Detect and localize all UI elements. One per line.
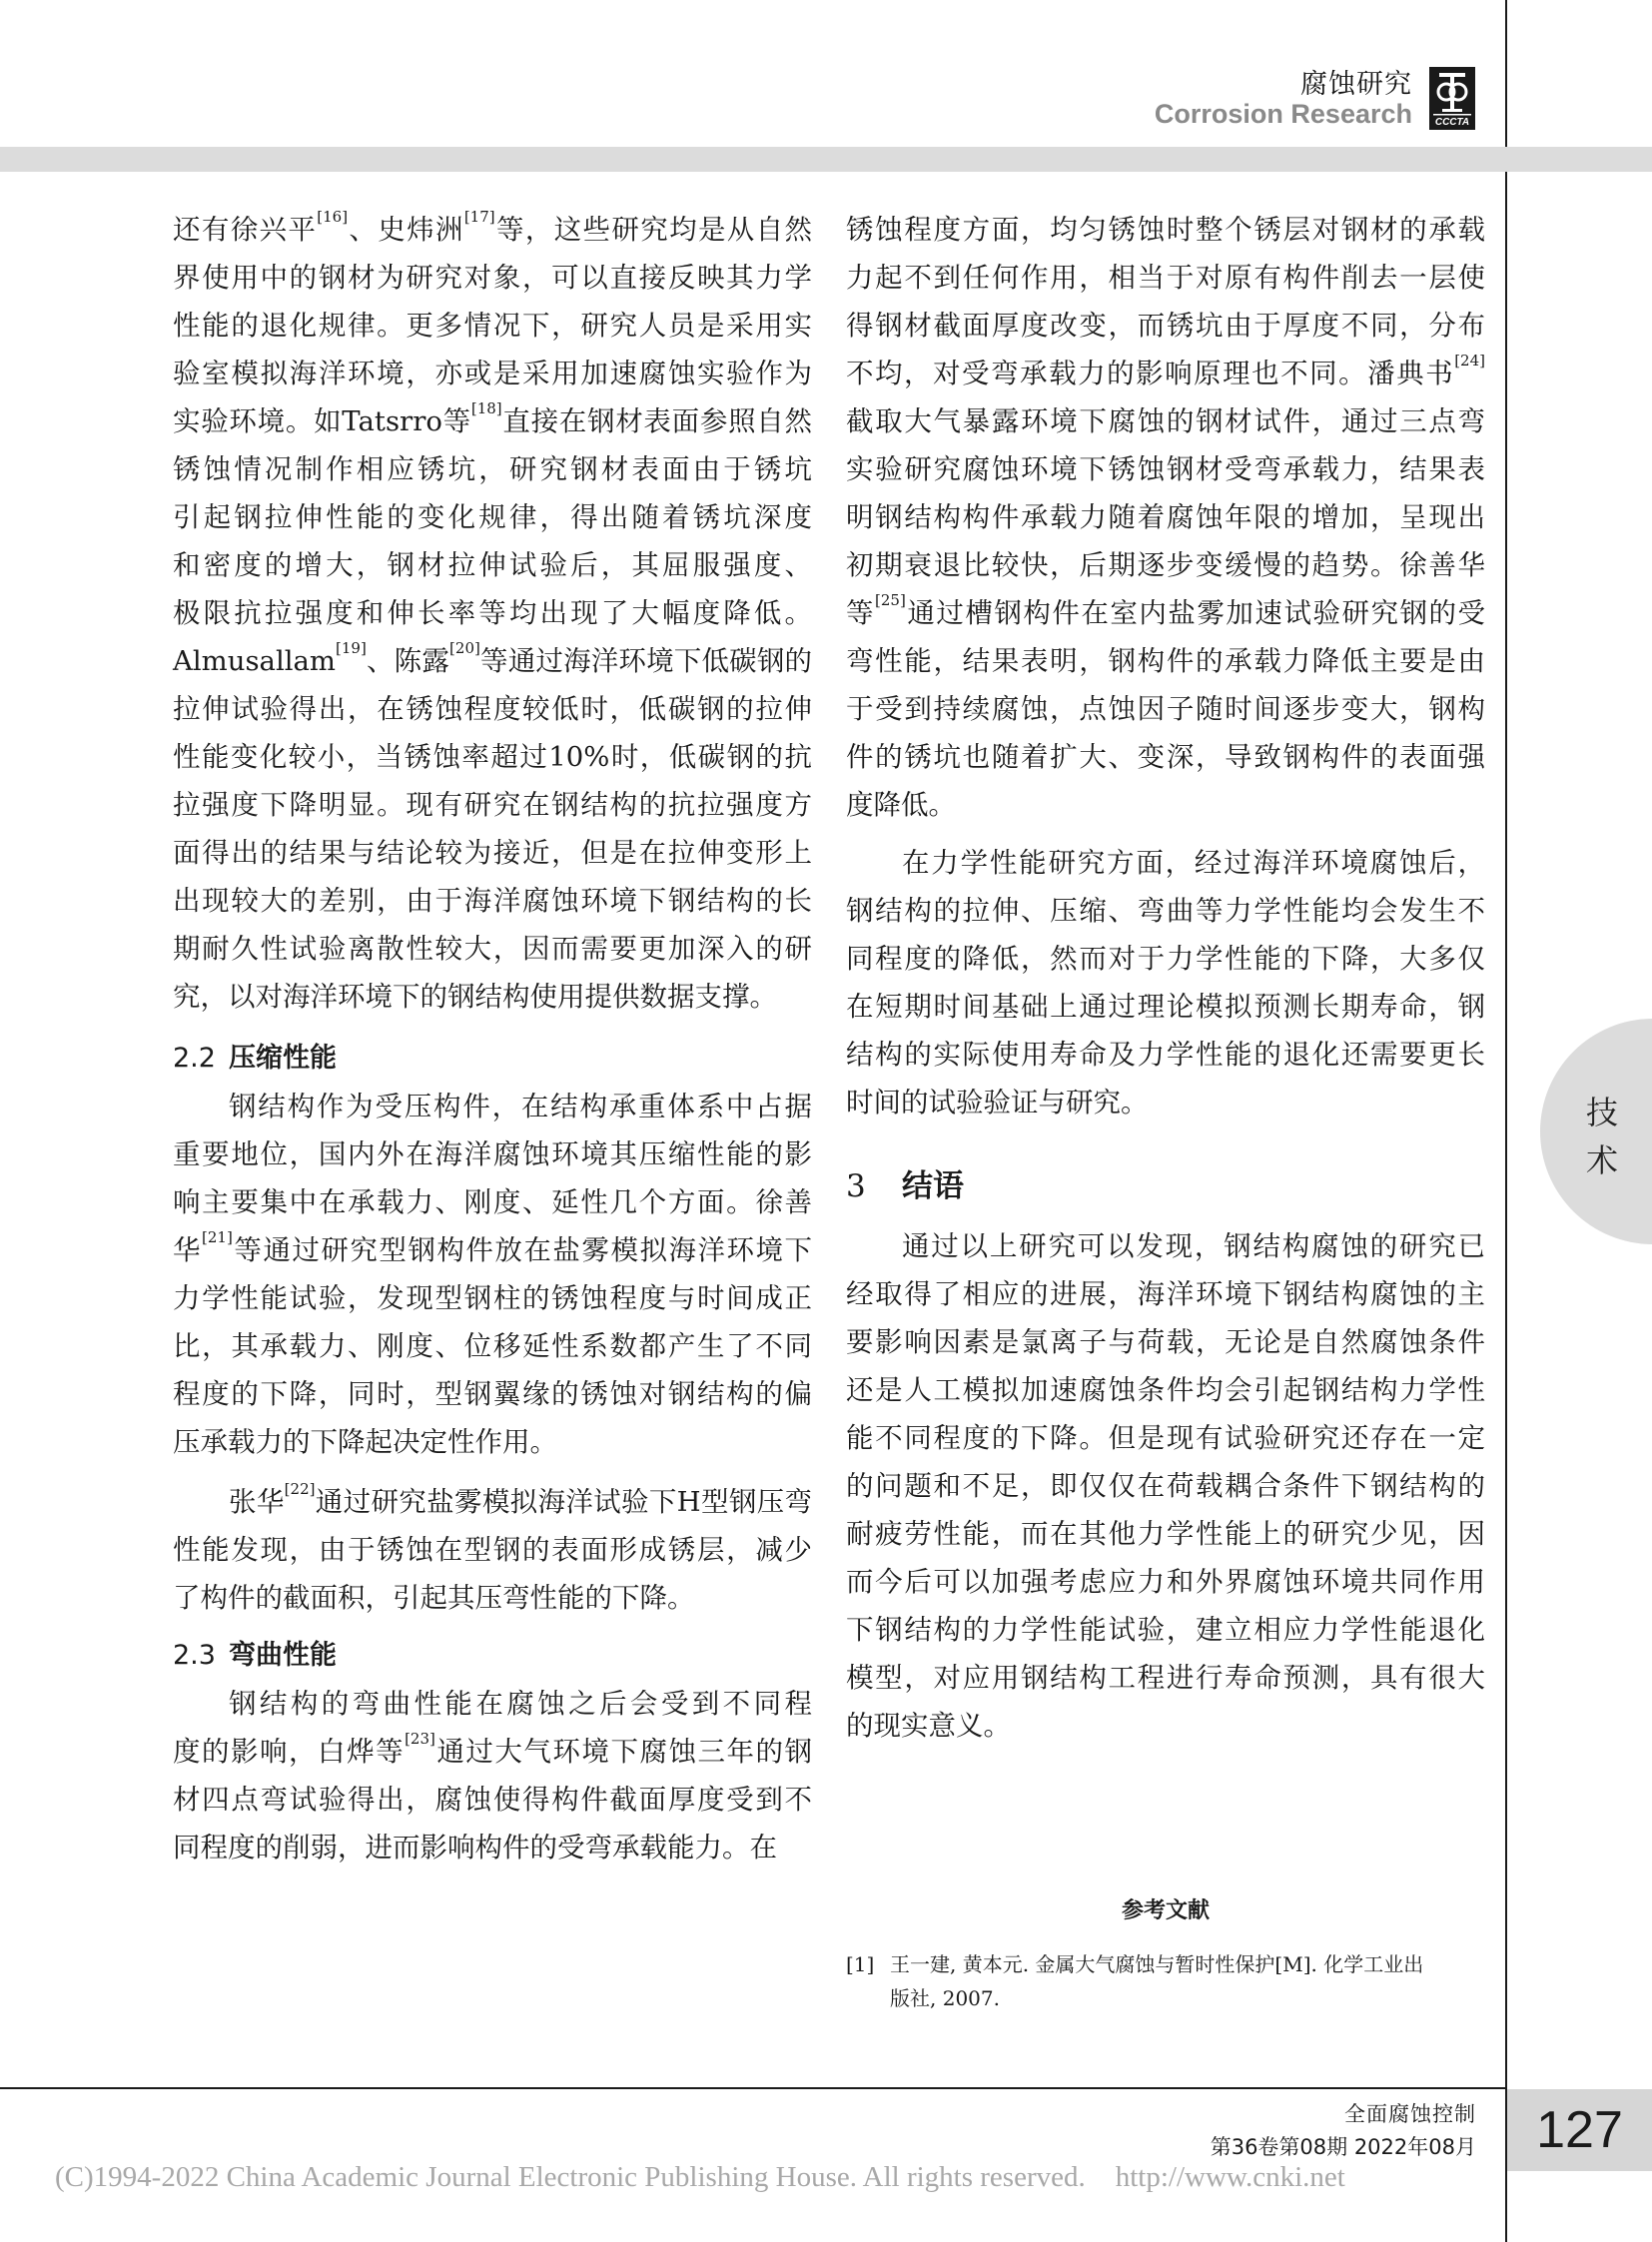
text-run: 、陈露 <box>367 645 449 677</box>
journal-issue: 第36卷第08期 2022年08月 <box>1211 2131 1476 2161</box>
text-line: 通过以上研究可以发现，钢结构腐蚀的研究已 <box>846 1222 1485 1270</box>
text-run: 张华 <box>229 1486 285 1518</box>
heading-3: 3结语 <box>846 1162 1485 1210</box>
text-run: 面得出的结果与结论较为接近，但是在拉伸变形上 <box>173 837 812 869</box>
text-line: 的问题和不足，即仅仅在荷载耦合条件下钢结构的 <box>846 1462 1485 1510</box>
text-line: Almusallam[19]、陈露[20]等通过海洋环境下低碳钢的 <box>173 637 812 685</box>
text-line: 不均，对受弯承载力的影响原理也不同。潘典书[24] <box>846 350 1485 397</box>
text-line: 材四点弯试验得出，腐蚀使得构件截面厚度受到不 <box>173 1776 812 1824</box>
text-line: 压承载力的下降起决定性作用。 <box>173 1418 812 1466</box>
text-line: 钢结构的弯曲性能在腐蚀之后会受到不同程 <box>173 1680 812 1728</box>
heading-2-3: 2.3弯曲性能 <box>173 1632 812 1680</box>
heading-number: 2.2 <box>173 1035 229 1083</box>
text-line: 而今后可以加强考虑应力和外界腐蚀环境共同作用 <box>846 1558 1485 1606</box>
section-title-en: Corrosion Research <box>1155 99 1412 130</box>
tab-char: 技 <box>1582 1089 1622 1136</box>
paragraph: 在力学性能研究方面，经过海洋环境腐蚀后，钢结构的拉伸、压缩、弯曲等力学性能均会发… <box>846 839 1485 1126</box>
text-line: 面得出的结果与结论较为接近，但是在拉伸变形上 <box>173 829 812 877</box>
text-run: 耐疲劳性能，而在其他力学性能上的研究少见，因 <box>846 1518 1485 1550</box>
reference-item: [1]王一建, 黄本元. 金属大气腐蚀与暂时性保护[M]. 化学工业出 <box>846 1947 1485 1981</box>
text-run: 材四点弯试验得出，腐蚀使得构件截面厚度受到不 <box>173 1784 812 1816</box>
text-line: 和密度的增大，钢材拉伸试验后，其屈服强度、 <box>173 541 812 589</box>
paragraph: 锈蚀程度方面，均匀锈蚀时整个锈层对钢材的承载力起不到任何作用，相当于对原有构件削… <box>846 206 1485 829</box>
text-line: 引起钢拉伸性能的变化规律，得出随着锈坑深度 <box>173 493 812 541</box>
text-run: 期耐久性试验离散性较大，因而需要更加深入的研 <box>173 933 812 965</box>
text-line: 响主要集中在承载力、刚度、延性几个方面。徐善 <box>173 1178 812 1226</box>
heading-title: 压缩性能 <box>229 1043 337 1074</box>
text-run: 力学性能试验，发现型钢柱的锈蚀程度与时间成正 <box>173 1282 812 1314</box>
text-run: 等 <box>846 597 875 629</box>
text-run: 弯性能，结果表明，钢构件的承载力降低主要是由 <box>846 645 1485 677</box>
citation: [18] <box>471 399 502 417</box>
text-line: 极限抗拉强度和伸长率等均出现了大幅度降低。 <box>173 589 812 637</box>
cccta-logo-icon: CCCTA <box>1429 67 1475 130</box>
text-run: Almusallam <box>173 645 336 677</box>
text-run: 要影响因素是氯离子与荷载，无论是自然腐蚀条件 <box>846 1326 1485 1358</box>
text-run: 极限抗拉强度和伸长率等均出现了大幅度降低。 <box>173 597 812 629</box>
heading-number: 2.3 <box>173 1632 229 1680</box>
text-line: 结构的实际使用寿命及力学性能的退化还需要更长 <box>846 1031 1485 1079</box>
text-line: 重要地位，国内外在海洋腐蚀环境其压缩性能的影 <box>173 1130 812 1178</box>
text-line: 同程度的削弱，进而影响构件的受弯承载能力。在 <box>173 1824 812 1871</box>
header-band <box>0 147 1652 172</box>
text-run: 和密度的增大，钢材拉伸试验后，其屈服强度、 <box>173 549 812 581</box>
text-run: 的现实意义。 <box>846 1710 1011 1742</box>
text-run: 性能发现，由于锈蚀在型钢的表面形成锈层，减少 <box>173 1534 812 1566</box>
text-run: 性能变化较小，当锈蚀率超过10%时，低碳钢的抗 <box>173 741 812 773</box>
text-line: 要影响因素是氯离子与荷载，无论是自然腐蚀条件 <box>846 1318 1485 1366</box>
text-run: 实验环境。如Tatsrro等 <box>173 405 471 437</box>
text-line: 钢结构作为受压构件，在结构承重体系中占据 <box>173 1083 812 1130</box>
text-line: 程度的下降，同时，型钢翼缘的锈蚀对钢结构的偏 <box>173 1370 812 1418</box>
text-line: 的现实意义。 <box>846 1702 1485 1750</box>
text-line: 力学性能试验，发现型钢柱的锈蚀程度与时间成正 <box>173 1274 812 1322</box>
text-line: 拉强度下降明显。现有研究在钢结构的抗拉强度方 <box>173 781 812 829</box>
text-line: 究，以对海洋环境下的钢结构使用提供数据支撑。 <box>173 973 812 1021</box>
text-run: 于受到持续腐蚀，点蚀因子随时间逐步变大，钢构 <box>846 693 1485 725</box>
text-run: 究，以对海洋环境下的钢结构使用提供数据支撑。 <box>173 981 777 1013</box>
text-line: 实验研究腐蚀环境下锈蚀钢材受弯承载力，结果表 <box>846 445 1485 493</box>
text-run: 华 <box>173 1234 202 1266</box>
text-line: 出现较大的差别，由于海洋腐蚀环境下钢结构的长 <box>173 877 812 925</box>
logo-text: CCCTA <box>1429 117 1475 128</box>
text-run: 力起不到任何作用，相当于对原有构件削去一层使 <box>846 262 1485 294</box>
text-line: 期耐久性试验离散性较大，因而需要更加深入的研 <box>173 925 812 973</box>
text-run: 件的锈坑也随着扩大、变深，导致钢构件的表面强 <box>846 741 1485 773</box>
text-run: 通过槽钢构件在室内盐雾加速试验研究钢的受 <box>906 597 1485 629</box>
text-run: 实验研究腐蚀环境下锈蚀钢材受弯承载力，结果表 <box>846 453 1485 485</box>
text-run: 在短期时间基础上通过理论模拟预测长期寿命，钢 <box>846 991 1485 1023</box>
text-run: 拉伸试验得出，在锈蚀程度较低时，低碳钢的拉伸 <box>173 693 812 725</box>
citation: [25] <box>875 591 906 609</box>
text-run: 模型，对应用钢结构工程进行寿命预测，具有很大 <box>846 1662 1485 1694</box>
text-line: 能不同程度的下降。但是现有试验研究还存在一定 <box>846 1414 1485 1462</box>
references-title: 参考文献 <box>846 1893 1485 1924</box>
journal-name: 全面腐蚀控制 <box>1344 2098 1476 2128</box>
citation: [22] <box>285 1480 316 1498</box>
text-run: 直接在钢材表面参照自然 <box>502 405 812 437</box>
text-line: 拉伸试验得出，在锈蚀程度较低时，低碳钢的拉伸 <box>173 685 812 733</box>
heading-2-2: 2.2压缩性能 <box>173 1035 812 1083</box>
paragraph: 通过以上研究可以发现，钢结构腐蚀的研究已经取得了相应的进展，海洋环境下钢结构腐蚀… <box>846 1222 1485 1750</box>
text-run: 通过大气环境下腐蚀三年的钢 <box>435 1736 812 1768</box>
text-run: 明钢结构构件承载力随着腐蚀年限的增加，呈现出 <box>846 501 1485 533</box>
text-run: 经取得了相应的进展，海洋环境下钢结构腐蚀的主 <box>846 1278 1485 1310</box>
text-run: 还有徐兴平 <box>173 214 317 246</box>
text-line: 张华[22]通过研究盐雾模拟海洋试验下H型钢压弯 <box>173 1478 812 1526</box>
text-run: 引起钢拉伸性能的变化规律，得出随着锈坑深度 <box>173 501 812 533</box>
tab-char: 术 <box>1582 1136 1622 1184</box>
text-run: 而今后可以加强考虑应力和外界腐蚀环境共同作用 <box>846 1566 1485 1598</box>
text-run: 压承载力的下降起决定性作用。 <box>173 1426 557 1458</box>
text-line: 件的锈坑也随着扩大、变深，导致钢构件的表面强 <box>846 733 1485 781</box>
citation: [23] <box>405 1730 435 1748</box>
citation: [20] <box>449 639 480 657</box>
cnki-url: http://www.cnki.net <box>1116 2161 1345 2193</box>
text-run: 等，这些研究均是从自然 <box>495 214 812 246</box>
citation: [24] <box>1454 352 1485 370</box>
text-line: 了构件的截面积，引起其压弯性能的下降。 <box>173 1574 812 1622</box>
text-run: 程度的下降，同时，型钢翼缘的锈蚀对钢结构的偏 <box>173 1378 812 1410</box>
text-run: 锈蚀情况制作相应锈坑，研究钢材表面由于锈坑 <box>173 453 812 485</box>
text-run: 了构件的截面积，引起其压弯性能的下降。 <box>173 1582 695 1614</box>
text-line: 还是人工模拟加速腐蚀条件均会引起钢结构力学性 <box>846 1366 1485 1414</box>
heading-title: 结语 <box>902 1168 964 1204</box>
text-line: 验室模拟海洋环境，亦或是采用加速腐蚀实验作为 <box>173 350 812 397</box>
text-line: 下钢结构的力学性能试验，建立相应力学性能退化 <box>846 1606 1485 1654</box>
text-line: 初期衰退比较快，后期逐步变缓慢的趋势。徐善华 <box>846 541 1485 589</box>
text-run: 性能的退化规律。更多情况下，研究人员是采用实 <box>173 310 812 342</box>
text-run: 界使用中的钢材为研究对象，可以直接反映其力学 <box>173 262 812 294</box>
text-line: 在短期时间基础上通过理论模拟预测长期寿命，钢 <box>846 983 1485 1031</box>
page-number: 127 <box>1507 2089 1652 2171</box>
text-run: 重要地位，国内外在海洋腐蚀环境其压缩性能的影 <box>173 1138 812 1170</box>
heading-number: 3 <box>846 1162 902 1210</box>
citation: [19] <box>336 639 367 657</box>
text-run: 度降低。 <box>846 789 956 821</box>
text-line: 等[25]通过槽钢构件在室内盐雾加速试验研究钢的受 <box>846 589 1485 637</box>
text-run: 拉强度下降明显。现有研究在钢结构的抗拉强度方 <box>173 789 812 821</box>
text-run: 响主要集中在承载力、刚度、延性几个方面。徐善 <box>173 1186 812 1218</box>
text-line: 截取大气暴露环境下腐蚀的钢材试件，通过三点弯 <box>846 397 1485 445</box>
right-column: 锈蚀程度方面，均匀锈蚀时整个锈层对钢材的承载力起不到任何作用，相当于对原有构件削… <box>846 206 1485 1750</box>
section-tab-label: 技 术 <box>1582 1089 1622 1184</box>
text-run: 、史炜洲 <box>348 214 464 246</box>
text-line: 弯性能，结果表明，钢构件的承载力降低主要是由 <box>846 637 1485 685</box>
text-run: 通过研究盐雾模拟海洋试验下H型钢压弯 <box>315 1486 812 1518</box>
text-line: 还有徐兴平[16]、史炜洲[17]等，这些研究均是从自然 <box>173 206 812 254</box>
text-run: 等通过海洋环境下低碳钢的 <box>480 645 812 677</box>
reference-index: [1] <box>846 1947 890 1981</box>
text-run: 时间的试验验证与研究。 <box>846 1087 1149 1119</box>
margin-rule <box>1505 0 1507 2242</box>
text-run: 能不同程度的下降。但是现有试验研究还存在一定 <box>846 1422 1485 1454</box>
paragraph: 还有徐兴平[16]、史炜洲[17]等，这些研究均是从自然界使用中的钢材为研究对象… <box>173 206 812 1021</box>
text-run: 得钢材截面厚度改变，而锈坑由于厚度不同，分布 <box>846 310 1485 342</box>
text-line: 锈蚀情况制作相应锈坑，研究钢材表面由于锈坑 <box>173 445 812 493</box>
text-run: 锈蚀程度方面，均匀锈蚀时整个锈层对钢材的承载 <box>846 214 1485 246</box>
text-line: 经取得了相应的进展，海洋环境下钢结构腐蚀的主 <box>846 1270 1485 1318</box>
text-run: 截取大气暴露环境下腐蚀的钢材试件，通过三点弯 <box>846 405 1485 437</box>
citation: [17] <box>464 208 495 226</box>
text-line: 时间的试验验证与研究。 <box>846 1079 1485 1126</box>
text-line: 性能变化较小，当锈蚀率超过10%时，低碳钢的抗 <box>173 733 812 781</box>
paragraph: 钢结构作为受压构件，在结构承重体系中占据重要地位，国内外在海洋腐蚀环境其压缩性能… <box>173 1083 812 1466</box>
text-line: 锈蚀程度方面，均匀锈蚀时整个锈层对钢材的承载 <box>846 206 1485 254</box>
text-run: 的问题和不足，即仅仅在荷载耦合条件下钢结构的 <box>846 1470 1485 1502</box>
text-line: 明钢结构构件承载力随着腐蚀年限的增加，呈现出 <box>846 493 1485 541</box>
section-title-cn: 腐蚀研究 <box>1300 62 1412 101</box>
text-line: 耐疲劳性能，而在其他力学性能上的研究少见，因 <box>846 1510 1485 1558</box>
text-line: 同程度的降低，然而对于力学性能的下降，大多仅 <box>846 935 1485 983</box>
text-run: 初期衰退比较快，后期逐步变缓慢的趋势。徐善华 <box>846 549 1485 581</box>
paragraph: 张华[22]通过研究盐雾模拟海洋试验下H型钢压弯性能发现，由于锈蚀在型钢的表面形… <box>173 1478 812 1622</box>
text-run: 通过以上研究可以发现，钢结构腐蚀的研究已 <box>902 1230 1485 1262</box>
heading-title: 弯曲性能 <box>229 1640 337 1671</box>
copyright-text: (C)1994-2022 China Academic Journal Elec… <box>55 2161 1086 2193</box>
reference-text-cont: 版社, 2007. <box>846 1981 1485 2015</box>
text-line: 界使用中的钢材为研究对象，可以直接反映其力学 <box>173 254 812 302</box>
text-run: 出现较大的差别，由于海洋腐蚀环境下钢结构的长 <box>173 885 812 917</box>
text-line: 华[21]等通过研究型钢构件放在盐雾模拟海洋环境下 <box>173 1226 812 1274</box>
text-run: 度的影响，白烨等 <box>173 1736 405 1768</box>
text-line: 实验环境。如Tatsrro等[18]直接在钢材表面参照自然 <box>173 397 812 445</box>
text-run: 比，其承载力、刚度、位移延性系数都产生了不同 <box>173 1330 812 1362</box>
text-run: 在力学性能研究方面，经过海洋环境腐蚀后， <box>902 847 1485 879</box>
reference-text: 王一建, 黄本元. 金属大气腐蚀与暂时性保护[M]. 化学工业出 <box>890 1952 1423 1976</box>
text-line: 得钢材截面厚度改变，而锈坑由于厚度不同，分布 <box>846 302 1485 350</box>
text-line: 度降低。 <box>846 781 1485 829</box>
text-run: 结构的实际使用寿命及力学性能的退化还需要更长 <box>846 1039 1485 1071</box>
footer-rule <box>0 2087 1506 2089</box>
text-line: 比，其承载力、刚度、位移延性系数都产生了不同 <box>173 1322 812 1370</box>
text-line: 模型，对应用钢结构工程进行寿命预测，具有很大 <box>846 1654 1485 1702</box>
copyright-watermark: (C)1994-2022 China Academic Journal Elec… <box>55 2161 1345 2194</box>
text-run: 钢结构作为受压构件，在结构承重体系中占据 <box>229 1091 812 1122</box>
text-line: 钢结构的拉伸、压缩、弯曲等力学性能均会发生不 <box>846 887 1485 935</box>
left-column: 还有徐兴平[16]、史炜洲[17]等，这些研究均是从自然界使用中的钢材为研究对象… <box>173 206 812 1871</box>
text-run: 同程度的削弱，进而影响构件的受弯承载能力。在 <box>173 1832 777 1864</box>
text-line: 在力学性能研究方面，经过海洋环境腐蚀后， <box>846 839 1485 887</box>
text-run: 验室模拟海洋环境，亦或是采用加速腐蚀实验作为 <box>173 358 812 389</box>
citation: [16] <box>317 208 348 226</box>
text-run: 钢结构的弯曲性能在腐蚀之后会受到不同程 <box>229 1688 812 1720</box>
text-run: 不均，对受弯承载力的影响原理也不同。潘典书 <box>846 358 1454 389</box>
text-line: 性能的退化规律。更多情况下，研究人员是采用实 <box>173 302 812 350</box>
text-line: 力起不到任何作用，相当于对原有构件削去一层使 <box>846 254 1485 302</box>
text-run: 等通过研究型钢构件放在盐雾模拟海洋环境下 <box>233 1234 812 1266</box>
citation: [21] <box>202 1228 233 1246</box>
text-line: 性能发现，由于锈蚀在型钢的表面形成锈层，减少 <box>173 1526 812 1574</box>
reference-list: [1]王一建, 黄本元. 金属大气腐蚀与暂时性保护[M]. 化学工业出 版社, … <box>846 1947 1485 2015</box>
text-line: 度的影响，白烨等[23]通过大气环境下腐蚀三年的钢 <box>173 1728 812 1776</box>
text-run: 还是人工模拟加速腐蚀条件均会引起钢结构力学性 <box>846 1374 1485 1406</box>
paragraph: 钢结构的弯曲性能在腐蚀之后会受到不同程度的影响，白烨等[23]通过大气环境下腐蚀… <box>173 1680 812 1871</box>
text-run: 同程度的降低，然而对于力学性能的下降，大多仅 <box>846 943 1485 975</box>
text-run: 下钢结构的力学性能试验，建立相应力学性能退化 <box>846 1614 1485 1646</box>
text-line: 于受到持续腐蚀，点蚀因子随时间逐步变大，钢构 <box>846 685 1485 733</box>
text-run: 钢结构的拉伸、压缩、弯曲等力学性能均会发生不 <box>846 895 1485 927</box>
